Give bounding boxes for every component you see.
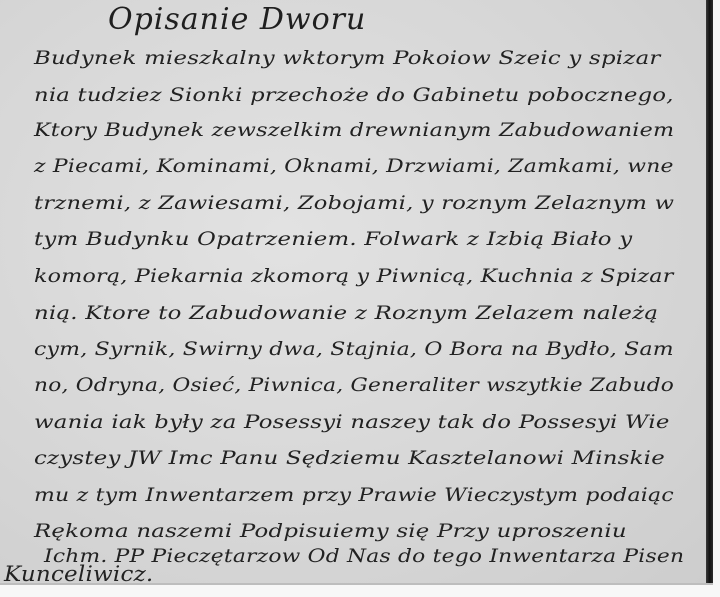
text-line-3: Ktory Budynek zewszelkim drewnianym Zabu… (34, 119, 674, 141)
text-line-11: wania iak były za Posessyi naszey tak do… (34, 411, 670, 433)
text-line-9: cym, Syrnik, Swirny dwa, Stajnia, O Bora… (34, 338, 674, 360)
page-binding-edge (706, 0, 713, 583)
text-line-2: nia tudziez Sionki przechoże do Gabinetu… (34, 84, 674, 106)
text-line-7: komorą, Piekarnia zkomorą y Piwnicą, Kuc… (34, 265, 674, 287)
text-line-12: czystey JW Imc Panu Sędziemu Kasztelanow… (34, 447, 665, 469)
page-bottom-edge (0, 583, 713, 585)
document-title: Opisanie Dworu (108, 2, 366, 37)
text-line-14: Rękoma naszemi Podpisuiemy się Przy upro… (34, 520, 627, 542)
text-line-1: Budynek mieszkalny wktorym Pokoiow Szeic… (34, 47, 661, 69)
text-line-13: mu z tym Inwentarzem przy Prawie Wieczys… (34, 484, 674, 506)
text-line-5: trznemi, z Zawiesami, Zobojami, y roznym… (34, 192, 674, 214)
text-line-6: tym Budynku Opatrzeniem. Folwark z Izbią… (34, 228, 632, 250)
text-line-8: nią. Ktore to Zabudowanie z Roznym Zelaz… (34, 302, 658, 324)
signature-line: Kunceliwicz. (4, 562, 153, 583)
scanned-page: Opisanie Dworu Budynek mieszkalny wktory… (0, 0, 708, 583)
text-line-4: z Piecami, Kominami, Oknami, Drzwiami, Z… (34, 155, 674, 177)
text-line-10: no, Odryna, Osieć, Piwnica, Generaliter … (34, 374, 674, 396)
